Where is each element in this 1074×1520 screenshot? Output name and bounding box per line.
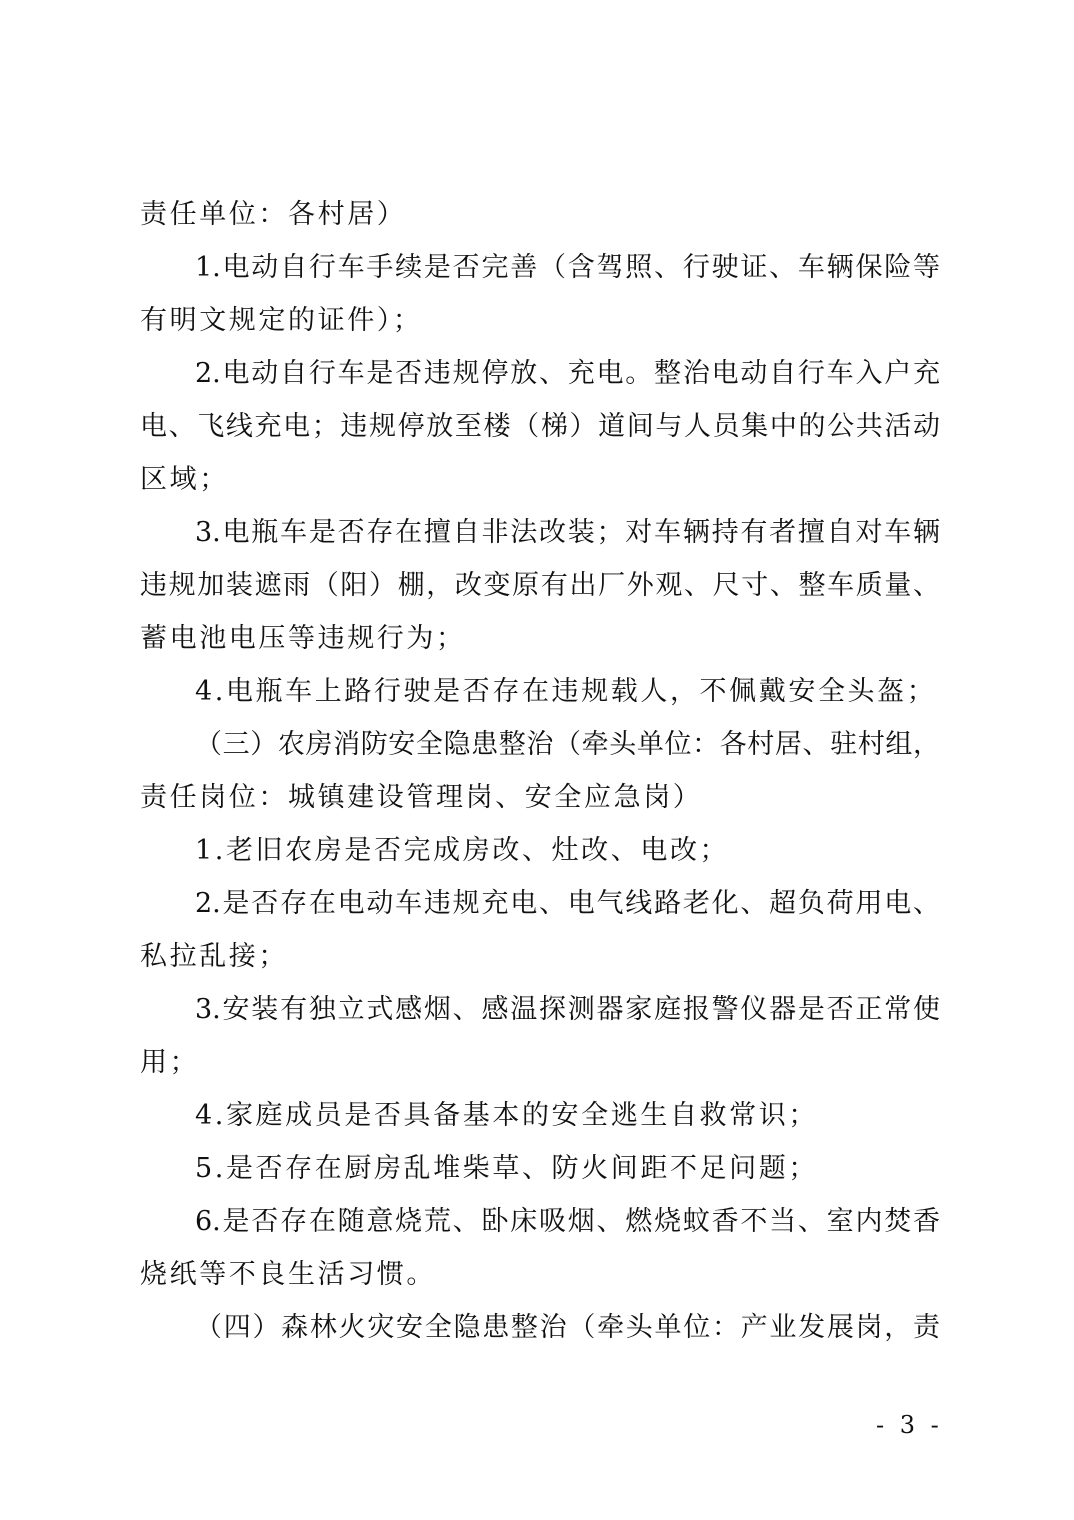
section-3-item-4: 4.家庭成员是否具备基本的安全逃生自救常识； [195,1099,995,1133]
text-line-continuation: 责任单位：各村居） [140,198,940,232]
section-3-item-6-line-2: 烧纸等不良生活习惯。 [140,1258,940,1292]
item-3-line-1: 3.电瓶车是否存在擅自非法改装；对车辆持有者擅自对车辆 [195,516,940,550]
section-3-heading-line-2: 责任岗位：城镇建设管理岗、安全应急岗） [140,781,940,815]
section-3-item-5: 5.是否存在厨房乱堆柴草、防火间距不足问题； [195,1152,995,1186]
item-3-line-3: 蓄电池电压等违规行为； [140,622,940,656]
section-3-item-2-line-1: 2.是否存在电动车违规充电、电气线路老化、超负荷用电、 [195,887,940,921]
document-page: 责任单位：各村居） 1.电动自行车手续是否完善（含驾照、行驶证、车辆保险等 有明… [0,0,1074,1520]
section-4-heading-line-1: （四）森林火灾安全隐患整治（牵头单位：产业发展岗，责 [195,1311,940,1345]
item-2-line-2: 电、飞线充电；违规停放至楼（梯）道间与人员集中的公共活动 [140,410,940,444]
item-1-line-1: 1.电动自行车手续是否完善（含驾照、行驶证、车辆保险等 [195,251,940,285]
section-3-item-3-line-2: 用； [140,1046,940,1080]
section-3-heading-line-1: （三）农房消防安全隐患整治（牵头单位：各村居、驻村组， [195,728,940,762]
section-3-item-6-line-1: 6.是否存在随意烧荒、卧床吸烟、燃烧蚊香不当、室内焚香 [195,1205,940,1239]
item-1-line-2: 有明文规定的证件）； [140,304,940,338]
item-4-line-1: 4.电瓶车上路行驶是否存在违规载人，不佩戴安全头盔； [195,675,995,709]
page-number: - 3 - [876,1410,943,1440]
item-2-line-1: 2.电动自行车是否违规停放、充电。整治电动自行车入户充 [195,357,940,391]
section-3-item-2-line-2: 私拉乱接； [140,940,940,974]
item-2-line-3: 区域； [140,463,940,497]
section-3-item-3-line-1: 3.安装有独立式感烟、感温探测器家庭报警仪器是否正常使 [195,993,940,1027]
item-3-line-2: 违规加装遮雨（阳）棚，改变原有出厂外观、尺寸、整车质量、 [140,569,940,603]
section-3-item-1: 1.老旧农房是否完成房改、灶改、电改； [195,834,995,868]
